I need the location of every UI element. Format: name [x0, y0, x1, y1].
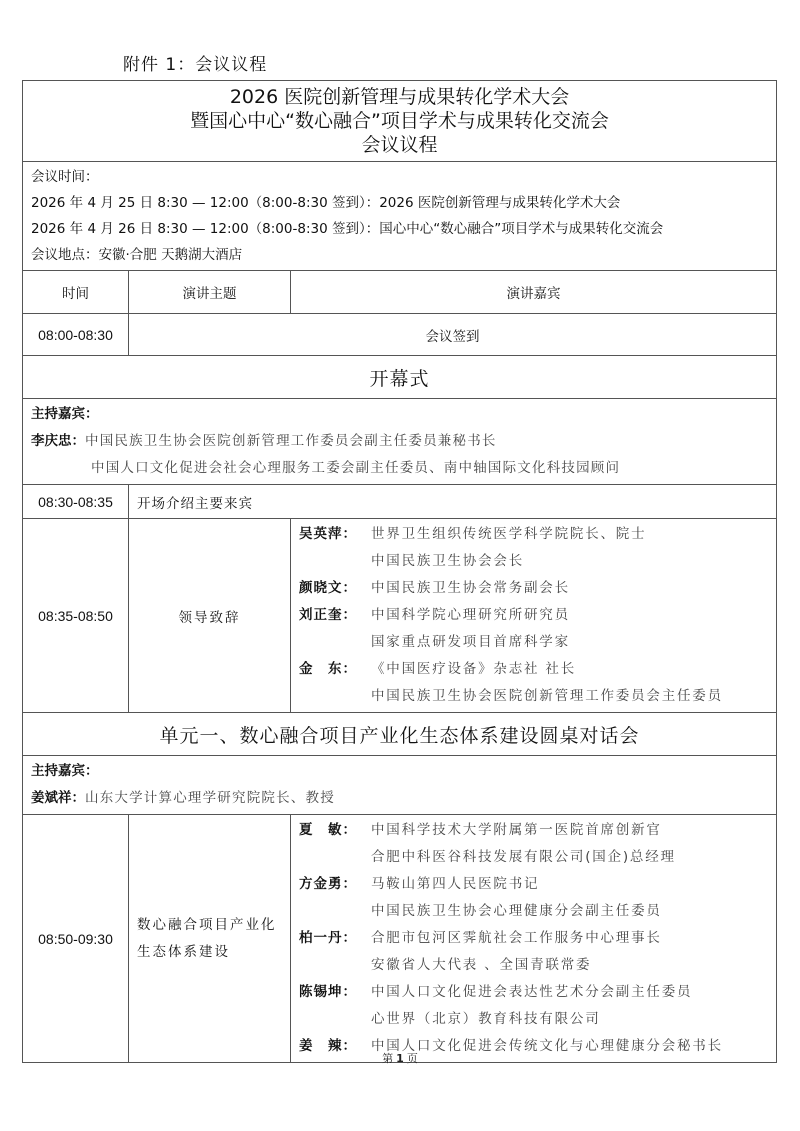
opening-host: 主持嘉宾： 李庆忠：中国民族卫生协会医院创新管理工作委员会副主任委员兼秘书长 中… [23, 399, 777, 485]
session-topic: 数心融合项目产业化 生态体系建设 [129, 815, 291, 1063]
title-line-2: 暨国心中心“数心融合”项目学术与成果转化交流会 [23, 109, 776, 133]
meeting-info: 会议时间： 2026 年 4 月 25 日 8:30 — 12:00（8:00-… [23, 162, 777, 271]
agenda-table: 2026 医院创新管理与成果转化学术大会 暨国心中心“数心融合”项目学术与成果转… [22, 80, 777, 1063]
speech-time: 08:35-08:50 [23, 519, 129, 713]
host-label: 主持嘉宾： [31, 401, 776, 428]
host-title-2: 中国人口文化促进会社会心理服务工委会副主任委员、南中轴国际文化科技园顾问 [31, 455, 776, 482]
host-name: 李庆忠： [31, 433, 85, 449]
section-row-unit1: 单元一、数心融合项目产业化生态体系建设圆桌对话会 [23, 713, 777, 756]
speaker-line: 安徽省人大代表 、全国青联常委 [299, 952, 776, 979]
host-label: 主持嘉宾： [31, 758, 776, 785]
speaker-line: 柏一丹：合肥市包河区霁航社会工作服务中心理事长 [299, 925, 776, 952]
column-header-speakers: 演讲嘉宾 [291, 271, 777, 314]
speech-speakers: 吴英萍：世界卫生组织传统医学科学院院长、院士 中国民族卫生协会会长 颜晓文：中国… [291, 519, 777, 713]
table-row-unit1-session: 08:50-09:30 数心融合项目产业化 生态体系建设 夏 敏：中国科学技术大… [23, 815, 777, 1063]
speaker-line: 金 东：《中国医疗设备》杂志社 社长 [299, 656, 776, 683]
section-title-opening: 开幕式 [23, 356, 777, 399]
signin-label: 会议签到 [129, 314, 777, 356]
column-header-row: 时间 演讲主题 演讲嘉宾 [23, 271, 777, 314]
speaker-line: 中国民族卫生协会会长 [299, 548, 776, 575]
speaker-line: 中国民族卫生协会医院创新管理工作委员会主任委员 [299, 683, 776, 710]
speaker-line: 颜晓文：中国民族卫生协会常务副会长 [299, 575, 776, 602]
section-row-opening: 开幕式 [23, 356, 777, 399]
speaker-line: 中国民族卫生协会心理健康分会副主任委员 [299, 898, 776, 925]
speech-topic: 领导致辞 [129, 519, 291, 713]
attachment-label: 附件 1：会议议程 [123, 50, 267, 75]
speaker-line: 国家重点研发项目首席科学家 [299, 629, 776, 656]
host-line-1: 姜斌祥：山东大学计算心理学研究院院长、教授 [31, 785, 776, 812]
speaker-line: 方金勇：马鞍山第四人民医院书记 [299, 871, 776, 898]
section-title-unit1: 单元一、数心融合项目产业化生态体系建设圆桌对话会 [23, 713, 777, 756]
host-title: 中国民族卫生协会医院创新管理工作委员会副主任委员兼秘书长 [85, 433, 497, 449]
title-row: 2026 医院创新管理与成果转化学术大会 暨国心中心“数心融合”项目学术与成果转… [23, 81, 777, 162]
meeting-day-2: 2026 年 4 月 26 日 8:30 — 12:00（8:00-8:30 签… [31, 216, 776, 242]
title-line-3: 会议议程 [23, 133, 776, 157]
column-header-time: 时间 [23, 271, 129, 314]
page-footer: 第1页 [0, 1050, 800, 1066]
speaker-line: 心世界（北京）教育科技有限公司 [299, 1006, 776, 1033]
speaker-line: 夏 敏：中国科学技术大学附属第一医院首席创新官 [299, 817, 776, 844]
title-line-1: 2026 医院创新管理与成果转化学术大会 [23, 85, 776, 109]
host-row-unit1: 主持嘉宾： 姜斌祥：山东大学计算心理学研究院院长、教授 [23, 756, 777, 815]
document-title: 2026 医院创新管理与成果转化学术大会 暨国心中心“数心融合”项目学术与成果转… [23, 81, 777, 162]
intro-time: 08:30-08:35 [23, 485, 129, 519]
meeting-day-1: 2026 年 4 月 25 日 8:30 — 12:00（8:00-8:30 签… [31, 190, 776, 216]
speaker-line: 刘正奎：中国科学院心理研究所研究员 [299, 602, 776, 629]
intro-topic: 开场介绍主要来宾 [129, 485, 777, 519]
unit1-host: 主持嘉宾： 姜斌祥：山东大学计算心理学研究院院长、教授 [23, 756, 777, 815]
meeting-time-label: 会议时间： [31, 164, 776, 190]
session-speakers: 夏 敏：中国科学技术大学附属第一医院首席创新官 合肥中科医谷科技发展有限公司(国… [291, 815, 777, 1063]
host-line-1: 李庆忠：中国民族卫生协会医院创新管理工作委员会副主任委员兼秘书长 [31, 428, 776, 455]
table-row-signin: 08:00-08:30 会议签到 [23, 314, 777, 356]
page-number: 1 [393, 1052, 407, 1065]
table-row-speech: 08:35-08:50 领导致辞 吴英萍：世界卫生组织传统医学科学院院长、院士 … [23, 519, 777, 713]
host-title: 山东大学计算心理学研究院院长、教授 [85, 790, 335, 806]
speaker-line: 陈锡坤：中国人口文化促进会表达性艺术分会副主任委员 [299, 979, 776, 1006]
host-row-opening: 主持嘉宾： 李庆忠：中国民族卫生协会医院创新管理工作委员会副主任委员兼秘书长 中… [23, 399, 777, 485]
host-name: 姜斌祥： [31, 790, 85, 806]
signin-time: 08:00-08:30 [23, 314, 129, 356]
session-time: 08:50-09:30 [23, 815, 129, 1063]
meeting-location: 会议地点：安徽·合肥 天鹅湖大酒店 [31, 242, 776, 268]
info-row: 会议时间： 2026 年 4 月 25 日 8:30 — 12:00（8:00-… [23, 162, 777, 271]
speaker-line: 吴英萍：世界卫生组织传统医学科学院院长、院士 [299, 521, 776, 548]
speaker-line: 合肥中科医谷科技发展有限公司(国企)总经理 [299, 844, 776, 871]
column-header-topic: 演讲主题 [129, 271, 291, 314]
table-row-intro: 08:30-08:35 开场介绍主要来宾 [23, 485, 777, 519]
